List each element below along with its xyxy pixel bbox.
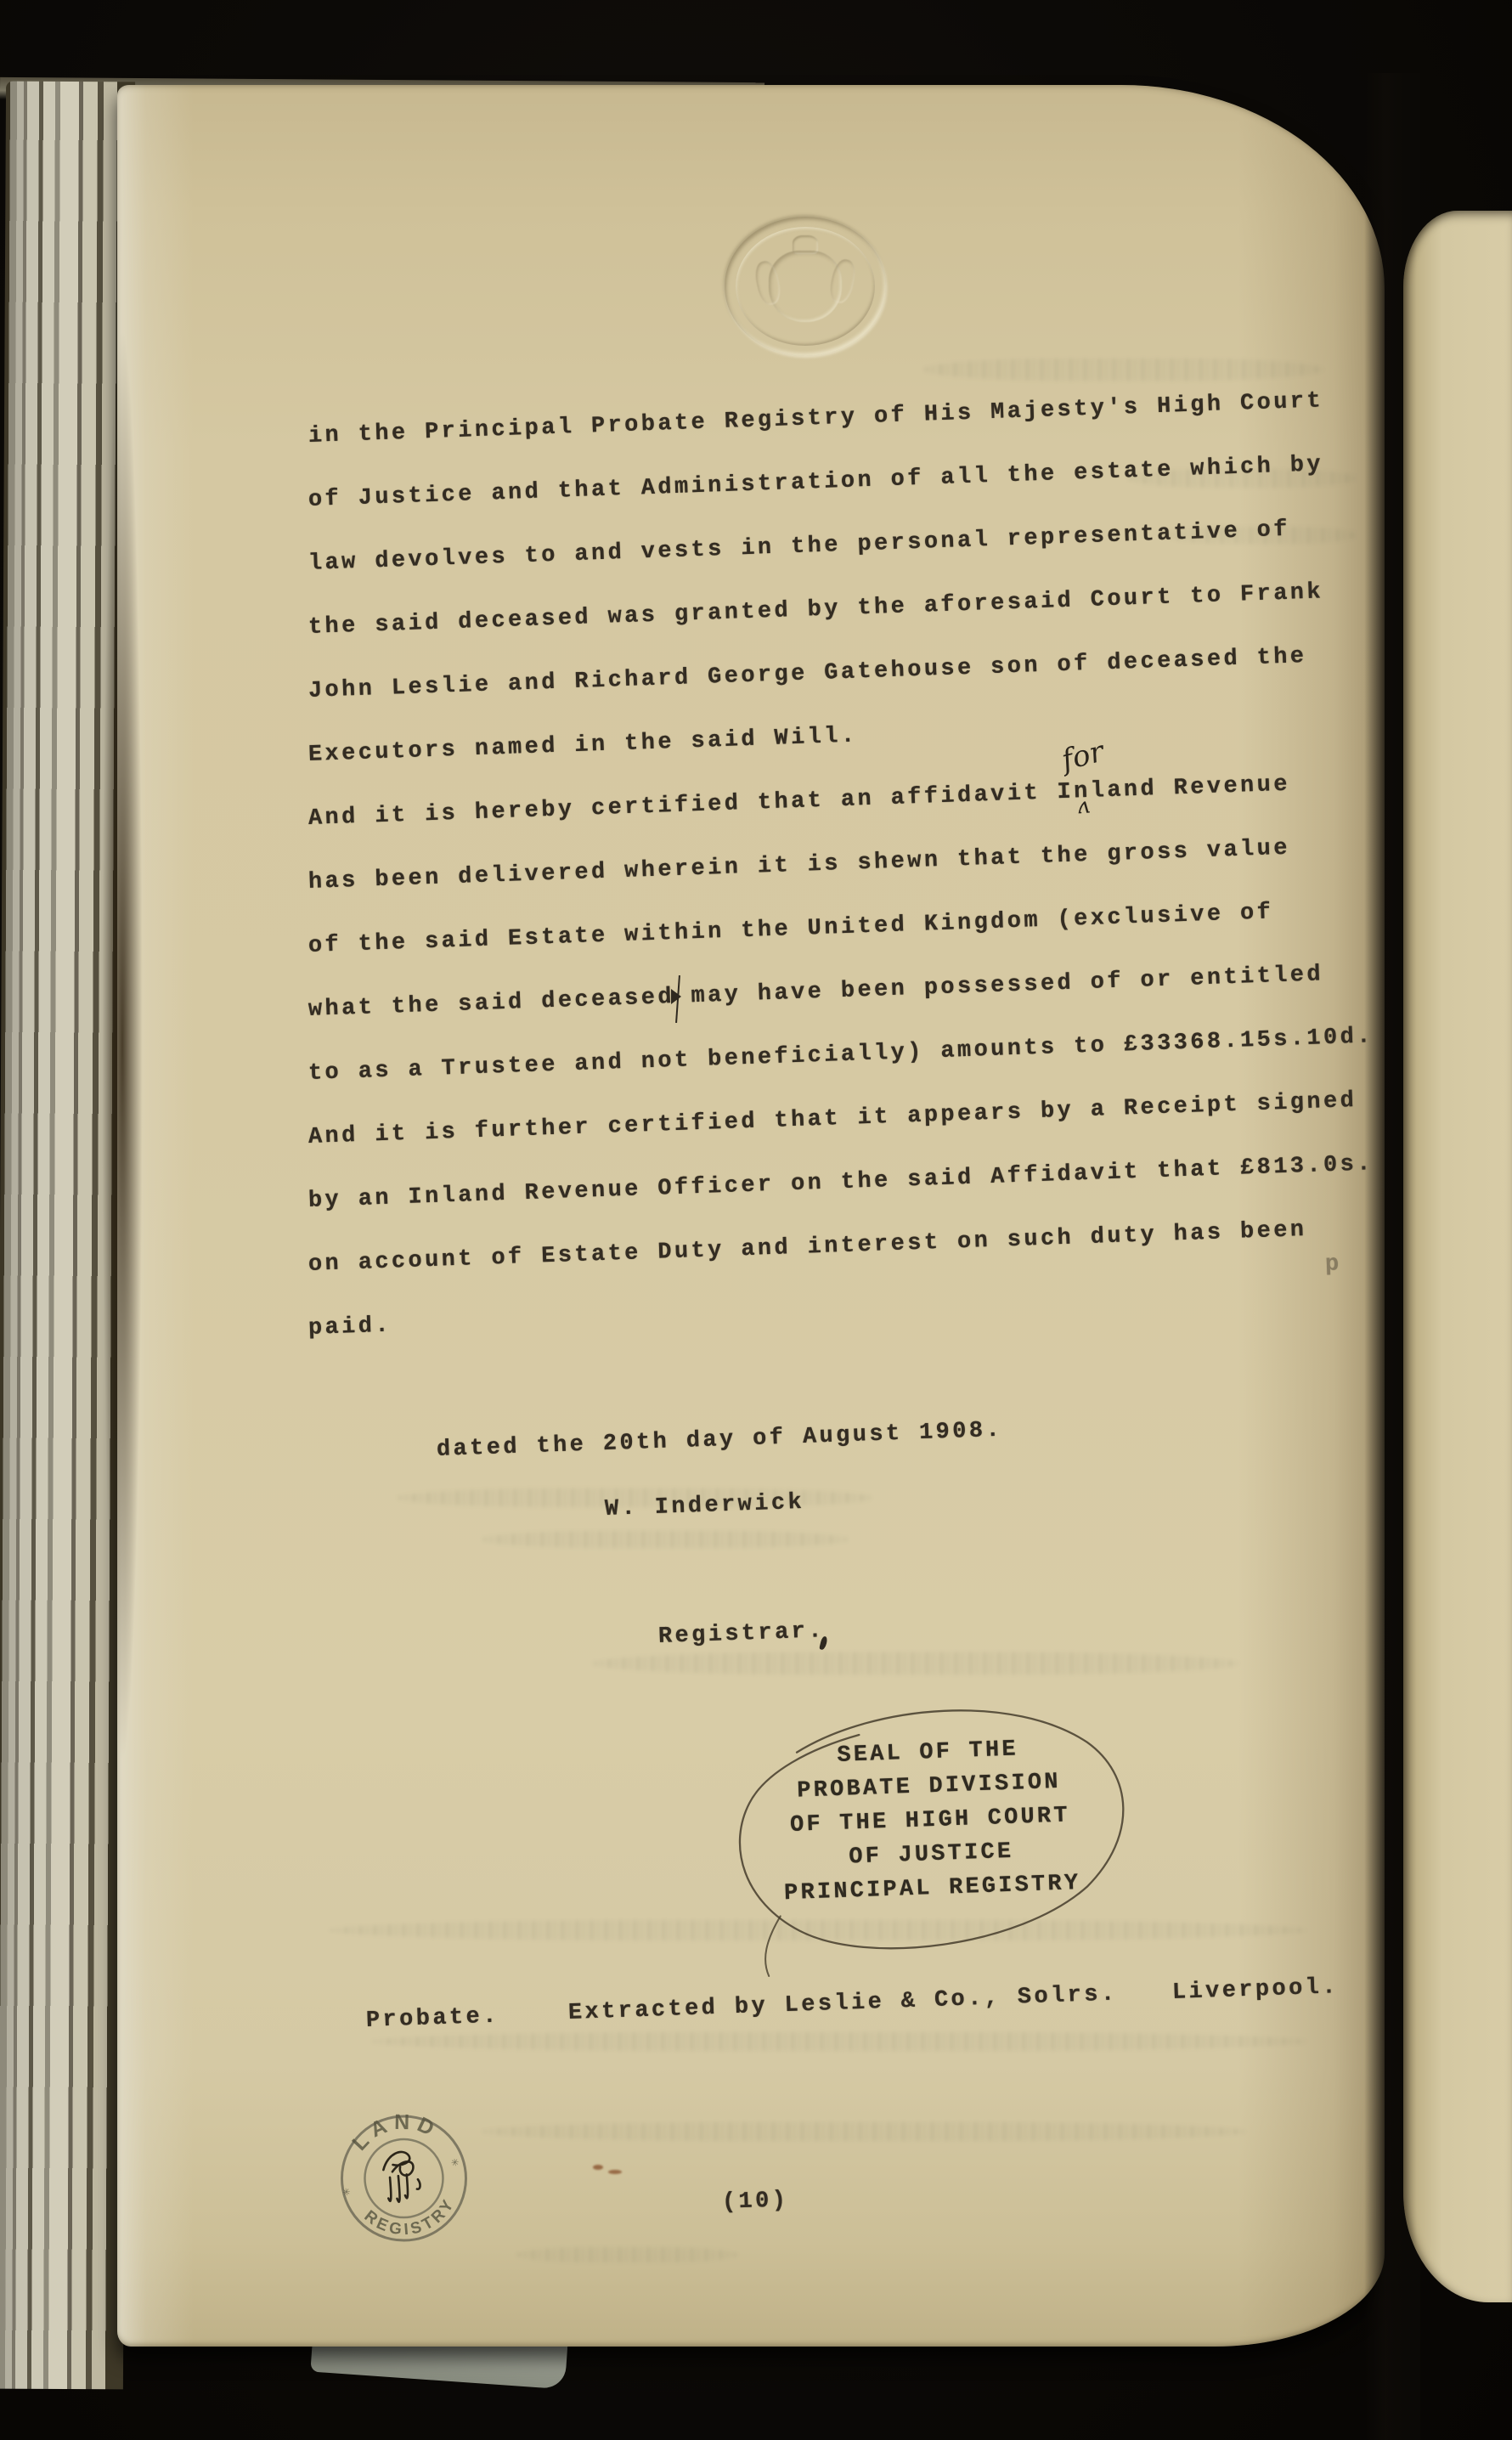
- stamp-star-left-icon: ✳: [341, 2184, 352, 2200]
- document-line-8: has been delivered wherein it is shewn t…: [307, 834, 1290, 897]
- stamp-graphic: LAND REGISTRY ✳ ✳: [325, 2099, 483, 2262]
- registrar-title: Registrar.: [657, 1617, 825, 1652]
- footer-city: Liverpool.: [1171, 1973, 1339, 2008]
- document-line-5: John Leslie and Richard George Gatehouse…: [307, 642, 1307, 706]
- document-line-3: law devolves to and vests in the persona…: [307, 516, 1290, 579]
- right-page-edge: [1403, 211, 1512, 2302]
- document-line-9: of the said Estate within the United Kin…: [307, 898, 1273, 961]
- document-line-7: And it is hereby certified that an affid…: [307, 771, 1290, 833]
- document-line-15: paid.: [307, 1312, 392, 1343]
- page-number: (10): [721, 2186, 789, 2217]
- binding-crease-shadow: [102, 323, 143, 1767]
- bleedthrough-smudge: [482, 1531, 848, 1548]
- book-scan-scene: in the Principal Probate Registry of His…: [0, 0, 1512, 2440]
- document-line-1: in the Principal Probate Registry of His…: [307, 387, 1323, 451]
- document-line-14: on account of Estate Duty and interest o…: [307, 1216, 1307, 1279]
- seal-annotation-text: SEAL OF THE PROBATE DIVISION OF THE HIGH…: [715, 1729, 1146, 1913]
- bleedthrough-smudge: [482, 2122, 1247, 2141]
- ink-insertion-mark: [671, 975, 683, 1023]
- document-line-2: of Justice and that Administration of al…: [307, 450, 1323, 515]
- insertion-caret: ʌ: [1076, 794, 1091, 820]
- bleedthrough-smudge: [924, 359, 1323, 381]
- document-line-6: Executors named in the said Will.: [307, 721, 858, 770]
- document-line-12: And it is further certified that it appe…: [307, 1087, 1357, 1152]
- bleedthrough-smudge: [516, 2247, 737, 2262]
- signature: W. Inderwick: [604, 1488, 804, 1524]
- dated-line: dated the 20th day of August 1908.: [436, 1416, 1002, 1465]
- document-line-13: by an Inland Revenue Officer on the said…: [307, 1149, 1374, 1216]
- rust-speck: [608, 2170, 622, 2174]
- partial-edge-character: p: [1324, 1250, 1342, 1279]
- insertion-mark-blot: [671, 989, 681, 1004]
- footer-probate: Probate.: [365, 2002, 499, 2036]
- stamp-arc-bottom-text: REGISTRY: [358, 2192, 464, 2246]
- land-registry-stamp: LAND REGISTRY ✳ ✳: [325, 2099, 483, 2262]
- bleedthrough-smudge: [372, 2032, 1306, 2051]
- handwritten-insertion-word: for: [1058, 735, 1108, 778]
- bleedthrough-smudge: [593, 1652, 1238, 1675]
- embossed-royal-seal: [725, 217, 886, 356]
- footer-extracted: Extracted by Leslie & Co., Solrs.: [567, 1980, 1118, 2028]
- stamp-star-right-icon: ✳: [450, 2155, 460, 2171]
- rust-speck: [593, 2165, 603, 2170]
- seal-annotation: SEAL OF THE PROBATE DIVISION OF THE HIGH…: [714, 1690, 1148, 1990]
- document-line-11: to as a Trustee and not beneficially) am…: [307, 1022, 1374, 1088]
- document-line-10: what the said deceased may have been pos…: [307, 960, 1323, 1025]
- document-line-4: the said deceased was granted by the afo…: [307, 578, 1323, 642]
- stamp-handwritten-initials: [381, 2149, 422, 2204]
- main-page: in the Principal Probate Registry of His…: [117, 85, 1385, 2347]
- svg-text:REGISTRY: REGISTRY: [358, 2192, 464, 2246]
